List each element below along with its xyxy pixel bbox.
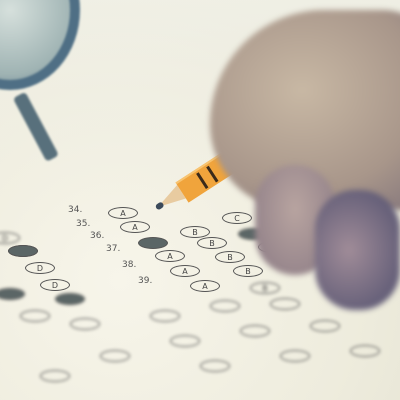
answer-bubble: A bbox=[190, 280, 220, 292]
answer-bubble bbox=[20, 310, 50, 322]
answer-bubble: C bbox=[222, 212, 252, 224]
answer-bubble bbox=[350, 345, 380, 357]
answer-bubble: D bbox=[40, 279, 70, 291]
answer-bubble bbox=[210, 300, 240, 312]
photo-scene: D D D 34. 35. 36. 37. 38. 39. A A A A A … bbox=[0, 0, 400, 400]
answer-bubble bbox=[55, 293, 85, 305]
answer-bubble: B bbox=[215, 251, 245, 263]
answer-bubble bbox=[150, 310, 180, 322]
thumb bbox=[315, 190, 400, 310]
question-number: 37. bbox=[106, 244, 120, 254]
answer-bubble bbox=[240, 325, 270, 337]
answer-bubble bbox=[70, 318, 100, 330]
answer-bubble bbox=[200, 360, 230, 372]
answer-bubble bbox=[8, 245, 38, 257]
answer-bubble bbox=[310, 320, 340, 332]
answer-bubble bbox=[0, 288, 25, 300]
answer-bubble bbox=[40, 370, 70, 382]
question-number: 36. bbox=[90, 231, 104, 241]
answer-bubble: B bbox=[197, 237, 227, 249]
answer-bubble: A bbox=[108, 207, 138, 219]
answer-bubble bbox=[170, 335, 200, 347]
answer-bubble: B bbox=[250, 282, 280, 294]
answer-bubble-filled bbox=[138, 237, 168, 249]
question-number: 38. bbox=[122, 260, 136, 270]
question-number: 34. bbox=[68, 205, 82, 215]
answer-bubble: B bbox=[180, 226, 210, 238]
answer-bubble bbox=[280, 350, 310, 362]
answer-bubble: D bbox=[25, 262, 55, 274]
pencil-stripe bbox=[206, 166, 218, 183]
answer-bubble bbox=[270, 298, 300, 310]
answer-bubble: A bbox=[120, 221, 150, 233]
pencil-stripe bbox=[196, 172, 208, 189]
answer-bubble bbox=[100, 350, 130, 362]
answer-bubble: B bbox=[233, 265, 263, 277]
question-number: 39. bbox=[138, 276, 152, 286]
question-number: 35. bbox=[76, 219, 90, 229]
answer-bubble: A bbox=[155, 250, 185, 262]
answer-bubble: D bbox=[0, 232, 20, 244]
answer-bubble: A bbox=[170, 265, 200, 277]
